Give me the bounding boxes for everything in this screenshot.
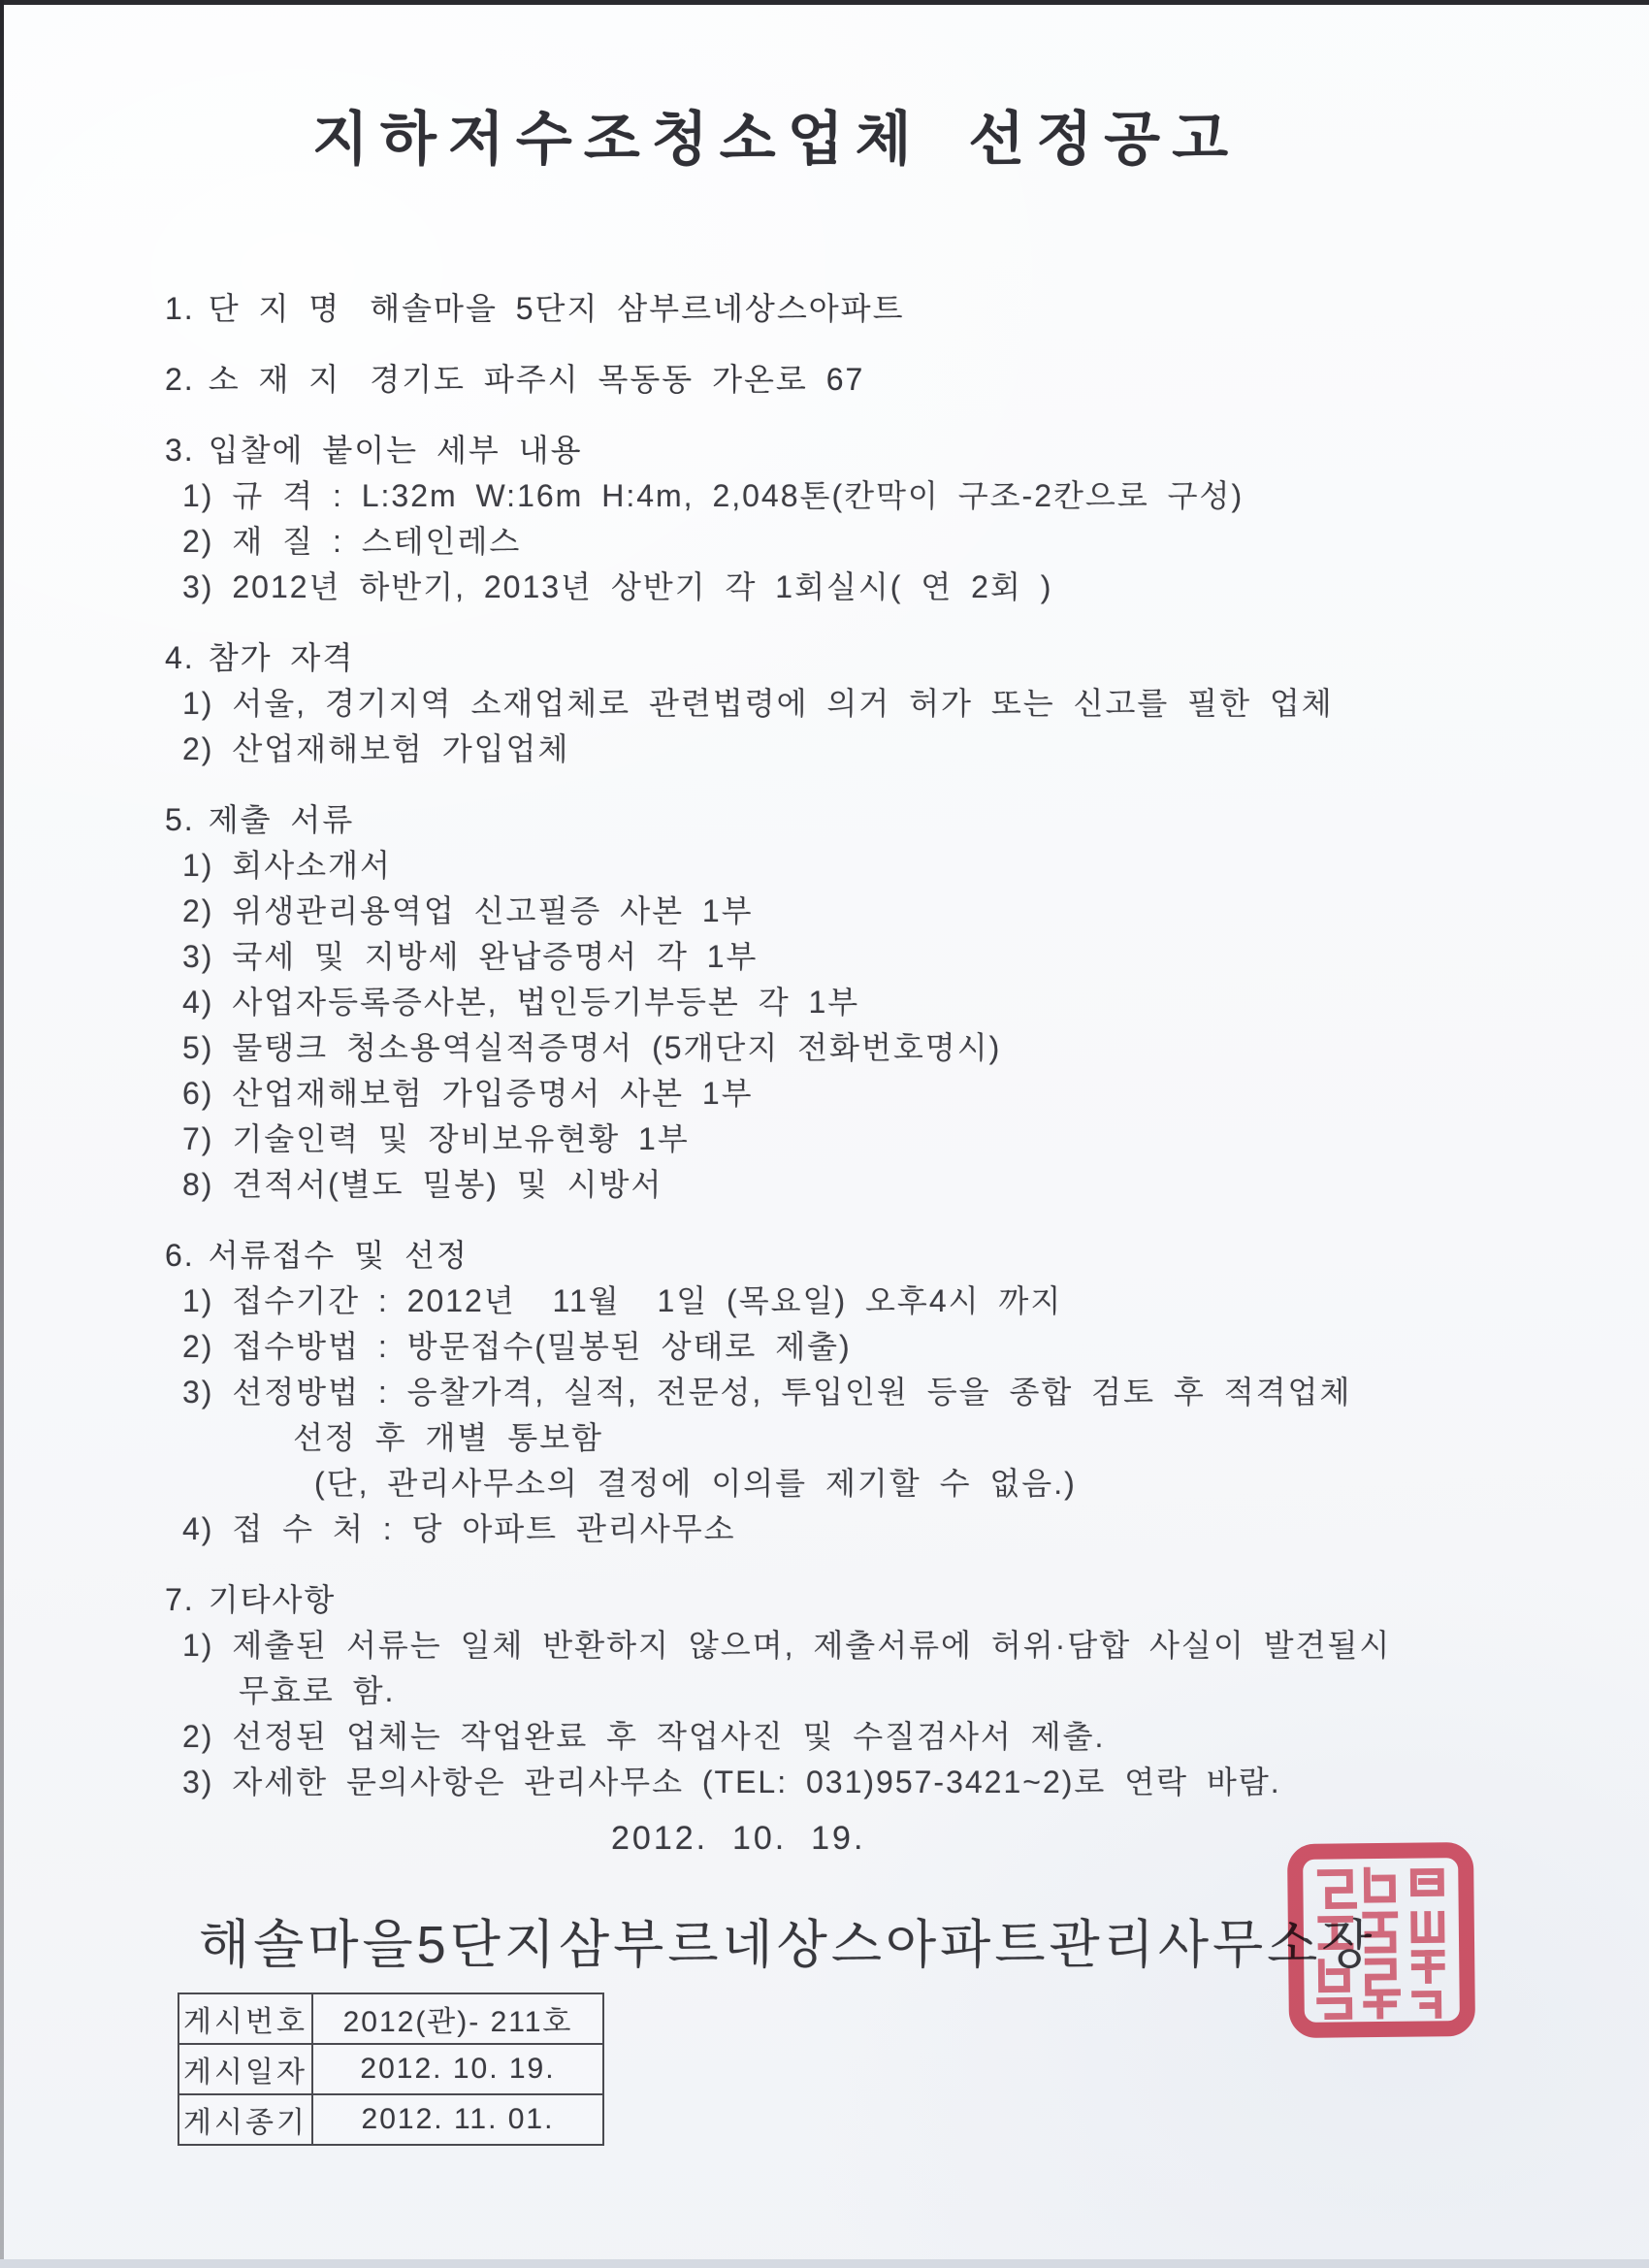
section-item: 8) 견적서(별도 밀봉) 및 시방서 [0, 1162, 1649, 1208]
posting-info-table: 게시번호2012(관)- 211호게시일자2012. 10. 19.게시종기20… [178, 1993, 604, 2146]
section-item: (단, 관리사무소의 결정에 이의를 제기할 수 없음.) [0, 1461, 1649, 1507]
section-title: 서류접수 및 선정 [209, 1238, 469, 1273]
section-title: 기타사항 [209, 1582, 337, 1617]
table-row-value: 2012(관)- 211호 [312, 1993, 603, 2044]
table-row: 게시종기2012. 11. 01. [178, 2094, 603, 2145]
section-item: 4) 사업자등록증사본, 법인등기부등본 각 1부 [0, 980, 1649, 1025]
table-row: 게시번호2012(관)- 211호 [178, 1993, 603, 2044]
section-item: 2) 산업재해보험 가입업체 [0, 727, 1649, 772]
section-heading: 2.소 재 지경기도 파주시 목동동 가온로 67 [0, 357, 1649, 403]
section-item: 2) 재 질 : 스테인레스 [0, 519, 1649, 565]
section-number: 4. [165, 640, 195, 675]
section-item: 4) 접 수 처 : 당 아파트 관리사무소 [0, 1507, 1649, 1552]
section-item: 선정 후 개별 통보함 [0, 1415, 1649, 1461]
section-title: 소 재 지 [209, 362, 341, 397]
section-6: 6.서류접수 및 선정1) 접수기간 : 2012년 11월 1일 (목요일) … [0, 1233, 1649, 1552]
section-inline-value: 경기도 파주시 목동동 가온로 67 [370, 362, 864, 397]
table-row-value: 2012. 10. 19. [312, 2044, 603, 2094]
section-2: 2.소 재 지경기도 파주시 목동동 가온로 67 [0, 357, 1649, 403]
section-title: 입찰에 붙이는 세부 내용 [209, 433, 583, 468]
section-item: 6) 산업재해보험 가입증명서 사본 1부 [0, 1071, 1649, 1117]
page-title: 지하저수조청소업체 선정공고 [0, 93, 1649, 177]
section-title: 제출 서류 [209, 802, 355, 837]
section-number: 2. [165, 362, 195, 397]
section-heading: 1.단 지 명해솔마을 5단지 삼부르네상스아파트 [0, 286, 1649, 332]
section-item: 7) 기술인력 및 장비보유현황 1부 [0, 1117, 1649, 1162]
section-item: 1) 제출된 서류는 일체 반환하지 않으며, 제출서류에 허위·담합 사실이 … [0, 1623, 1649, 1669]
scan-edge-bottom [0, 2259, 1649, 2268]
section-number: 3. [165, 433, 195, 468]
date-line: 2012. 10. 19. [611, 1820, 865, 1858]
section-7: 7.기타사항1) 제출된 서류는 일체 반환하지 않으며, 제출서류에 허위·담… [0, 1577, 1649, 1805]
table-row-value: 2012. 11. 01. [312, 2094, 603, 2145]
section-item: 3) 선정방법 : 응찰가격, 실적, 전문성, 투입인원 등을 종합 검토 후… [0, 1370, 1649, 1415]
section-item: 1) 서울, 경기지역 소재업체로 관련법령에 의거 허가 또는 신고를 필한 … [0, 681, 1649, 727]
section-title: 참가 자격 [209, 640, 355, 675]
section-inline-value: 해솔마을 5단지 삼부르네상스아파트 [370, 291, 904, 326]
scan-edge-top [0, 0, 1649, 5]
official-seal-stamp [1285, 1840, 1477, 2040]
section-item: 3) 국세 및 지방세 완납증명서 각 1부 [0, 934, 1649, 980]
section-number: 1. [165, 291, 195, 326]
section-item: 2) 위생관리용역업 신고필증 사본 1부 [0, 889, 1649, 934]
section-item: 1) 회사소개서 [0, 843, 1649, 889]
section-item: 3) 2012년 하반기, 2013년 상반기 각 1회실시( 연 2회 ) [0, 565, 1649, 610]
section-heading: 3.입찰에 붙이는 세부 내용 [0, 428, 1649, 473]
signature-line: 해솔마을5단지삼부르네상스아파트관리사무소장 [199, 1903, 1375, 1978]
section-5: 5.제출 서류1) 회사소개서2) 위생관리용역업 신고필증 사본 1부3) 국… [0, 797, 1649, 1208]
section-3: 3.입찰에 붙이는 세부 내용1) 규 격 : L:32m W:16m H:4m… [0, 428, 1649, 610]
section-number: 7. [165, 1582, 195, 1617]
section-heading: 6.서류접수 및 선정 [0, 1233, 1649, 1279]
section-number: 5. [165, 802, 195, 837]
section-item: 무효로 함. [0, 1669, 1649, 1714]
table-row-label: 게시종기 [178, 2094, 312, 2145]
section-number: 6. [165, 1238, 195, 1273]
scanned-notice-page: 지하저수조청소업체 선정공고 1.단 지 명해솔마을 5단지 삼부르네상스아파트… [0, 0, 1649, 2268]
section-item: 2) 접수방법 : 방문접수(밀봉된 상태로 제출) [0, 1324, 1649, 1370]
section-title: 단 지 명 [209, 291, 341, 326]
table-row-label: 게시번호 [178, 1993, 312, 2044]
section-item: 3) 자세한 문의사항은 관리사무소 (TEL: 031)957-3421~2)… [0, 1760, 1649, 1805]
section-heading: 5.제출 서류 [0, 797, 1649, 843]
notice-body: 1.단 지 명해솔마을 5단지 삼부르네상스아파트2.소 재 지경기도 파주시 … [0, 286, 1649, 1805]
section-1: 1.단 지 명해솔마을 5단지 삼부르네상스아파트 [0, 286, 1649, 332]
table-row: 게시일자2012. 10. 19. [178, 2044, 603, 2094]
table-row-label: 게시일자 [178, 2044, 312, 2094]
section-item: 5) 물탱크 청소용역실적증명서 (5개단지 전화번호명시) [0, 1025, 1649, 1071]
section-4: 4.참가 자격1) 서울, 경기지역 소재업체로 관련법령에 의거 허가 또는 … [0, 635, 1649, 772]
section-item: 2) 선정된 업체는 작업완료 후 작업사진 및 수질검사서 제출. [0, 1714, 1649, 1760]
section-heading: 7.기타사항 [0, 1577, 1649, 1623]
section-heading: 4.참가 자격 [0, 635, 1649, 681]
section-item: 1) 규 격 : L:32m W:16m H:4m, 2,048톤(칸막이 구조… [0, 473, 1649, 519]
section-item: 1) 접수기간 : 2012년 11월 1일 (목요일) 오후4시 까지 [0, 1279, 1649, 1324]
